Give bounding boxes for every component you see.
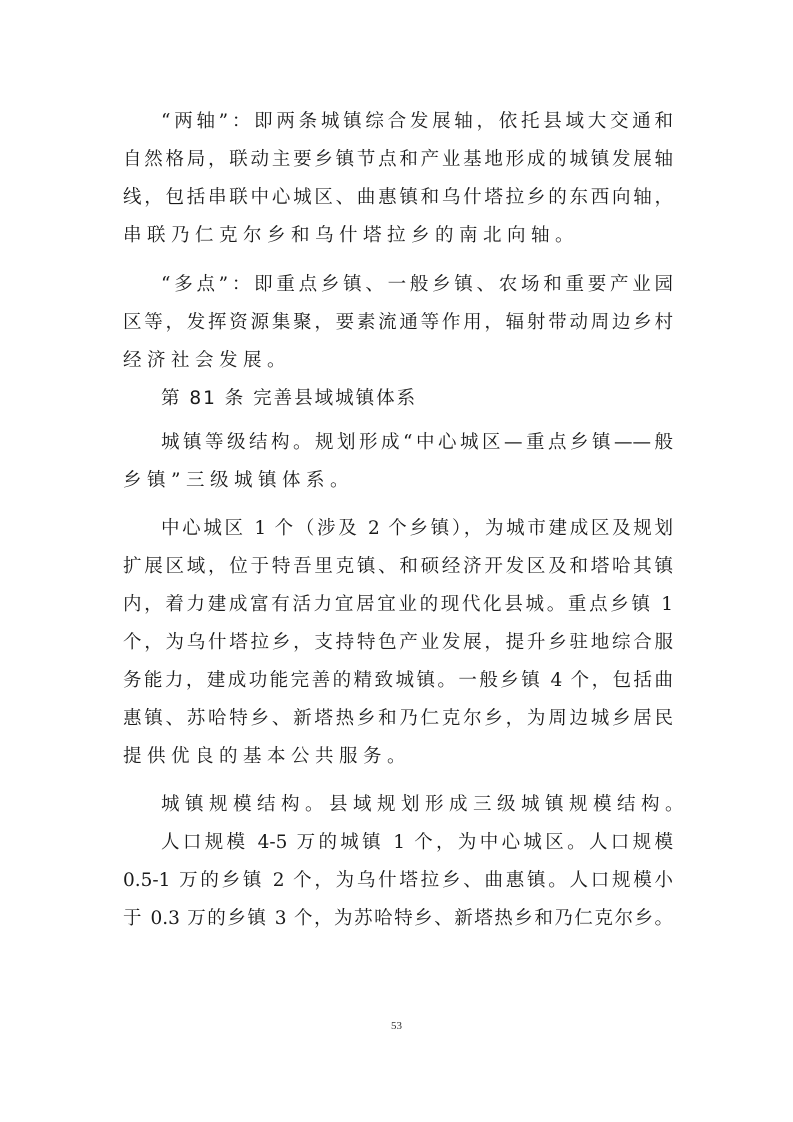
paragraph-line: 乡镇”三级城镇体系。 [123, 466, 673, 496]
paragraph-line: 城镇规模结构。县域规划形成三级城镇规模结构。 [161, 790, 673, 820]
paragraph-line: 城镇等级结构。规划形成“中心城区—重点乡镇——般 [161, 428, 673, 458]
paragraph-line: 自然格局，联动主要乡镇节点和产业基地形成的城镇发展轴 [123, 145, 673, 175]
paragraph-line: 提供优良的基本公共服务。 [123, 742, 673, 772]
document-page: “两轴”：即两条城镇综合发展轴，依托县域大交通和 自然格局，联动主要乡镇节点和产… [0, 0, 793, 1122]
paragraph-line: 内，着力建成富有活力宜居宜业的现代化县城。重点乡镇 1 [123, 590, 673, 620]
paragraph-line: 串联乃仁克尔乡和乌什塔拉乡的南北向轴。 [123, 221, 673, 251]
paragraph-line: 惠镇、苏哈特乡、新塔热乡和乃仁克尔乡，为周边城乡居民 [123, 704, 673, 734]
paragraph-line: 务能力，建成功能完善的精致城镇。一般乡镇 4 个，包括曲 [123, 666, 673, 696]
section-heading: 第 81 条 完善县域城镇体系 [161, 384, 673, 414]
paragraph-line: 人口规模 4-5 万的城镇 1 个，为中心城区。人口规模 [161, 828, 673, 858]
paragraph-line: “多点”：即重点乡镇、一般乡镇、农场和重要产业园 [161, 270, 673, 300]
paragraph-line: 中心城区 1 个（涉及 2 个乡镇），为城市建成区及规划 [161, 514, 673, 544]
paragraph-line: “两轴”：即两条城镇综合发展轴，依托县域大交通和 [161, 107, 673, 137]
page-number: 53 [0, 1020, 793, 1032]
paragraph-line: 经济社会发展。 [123, 346, 673, 376]
paragraph-line: 扩展区域，位于特吾里克镇、和硕经济开发区及和塔哈其镇 [123, 552, 673, 582]
paragraph-line: 区等，发挥资源集聚，要素流通等作用，辐射带动周边乡村 [123, 308, 673, 338]
paragraph-line: 线，包括串联中心城区、曲惠镇和乌什塔拉乡的东西向轴， [123, 183, 673, 213]
paragraph-line: 于 0.3 万的乡镇 3 个，为苏哈特乡、新塔热乡和乃仁克尔乡。 [123, 904, 673, 934]
paragraph-line: 个，为乌什塔拉乡，支持特色产业发展，提升乡驻地综合服 [123, 628, 673, 658]
paragraph-line: 0.5-1 万的乡镇 2 个，为乌什塔拉乡、曲惠镇。人口规模小 [123, 866, 673, 896]
